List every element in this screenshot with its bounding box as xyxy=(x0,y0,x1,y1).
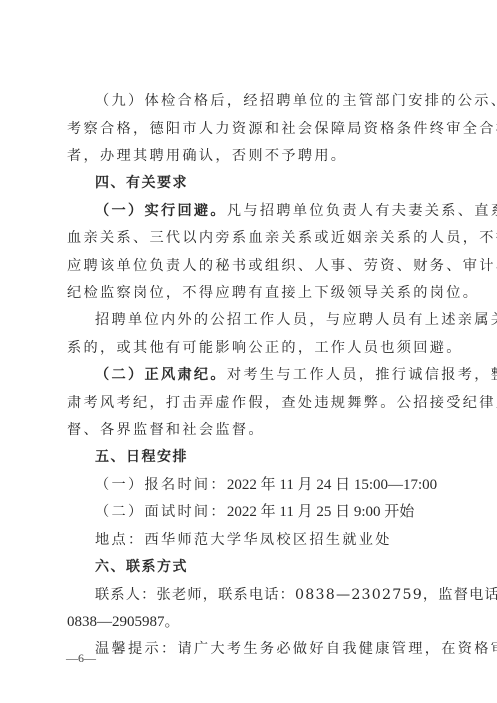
schedule-value: 2022 年 11 月 24 日 15:00—17:00 xyxy=(227,477,437,493)
item-text: 对考生与工作人员，推行诚信报考，整 xyxy=(227,367,497,383)
paragraph-line: 系的，或其他有可能影响公正的，工作人员也须回避。 xyxy=(67,339,433,357)
schedule-interview: （二）面试时间：2022 年 11 月 25 日 9:00 开始 xyxy=(95,503,433,521)
schedule-location: 地点：西华师范大学华凤校区招生就业处 xyxy=(95,531,433,549)
paragraph-line: 纪检监察岗位，不得应聘有直接上下级领导关系的岗位。 xyxy=(67,284,433,302)
paragraph-line: （一）实行回避。凡与招聘单位负责人有夫妻关系、直系 xyxy=(95,202,433,220)
item-label: （一）实行回避。 xyxy=(95,203,227,219)
paragraph-line: 督、各界监督和社会监督。 xyxy=(67,421,433,439)
page-number: —6— xyxy=(66,651,96,666)
paragraph-line: （二）正风肃纪。对考生与工作人员，推行诚信报考，整 xyxy=(95,366,433,384)
paragraph-line: （九）体检合格后，经招聘单位的主管部门安排的公示、 xyxy=(95,92,433,110)
section-heading-schedule: 五、日程安排 xyxy=(95,448,433,466)
paragraph-line: 温馨提示：请广大考生务必做好自我健康管理，在资格审 xyxy=(95,640,433,658)
schedule-label: （一）报名时间： xyxy=(95,477,227,493)
item-text: 凡与招聘单位负责人有夫妻关系、直系 xyxy=(227,203,497,219)
paragraph-line: 招聘单位内外的公招工作人员，与应聘人员有上述亲属关 xyxy=(95,311,433,329)
item-label: （二）正风肃纪。 xyxy=(95,367,227,383)
schedule-value: 2022 年 11 月 25 日 9:00 开始 xyxy=(227,504,414,520)
paragraph-line: 考察合格，德阳市人力资源和社会保障局资格条件终审全合格 xyxy=(67,120,433,138)
schedule-registration: （一）报名时间：2022 年 11 月 24 日 15:00—17:00 xyxy=(95,476,433,494)
section-heading-contact: 六、联系方式 xyxy=(95,558,433,576)
contact-line: 0838—2905987。 xyxy=(67,613,433,631)
paragraph-line: 者，办理其聘用确认，否则不予聘用。 xyxy=(67,147,433,165)
section-heading-requirements: 四、有关要求 xyxy=(95,174,433,192)
paragraph-line: 肃考风考纪，打击弄虚作假，查处违规舞弊。公招接受纪律监 xyxy=(67,394,433,412)
paragraph-line: 应聘该单位负责人的秘书或组织、人事、劳资、财务、审计、 xyxy=(67,257,433,275)
schedule-label: （二）面试时间： xyxy=(95,504,227,520)
contact-line: 联系人：张老师，联系电话：0838—2302759，监督电话： xyxy=(95,586,433,604)
paragraph-line: 血亲关系、三代以内旁系血亲关系或近姻亲关系的人员，不得 xyxy=(67,229,433,247)
